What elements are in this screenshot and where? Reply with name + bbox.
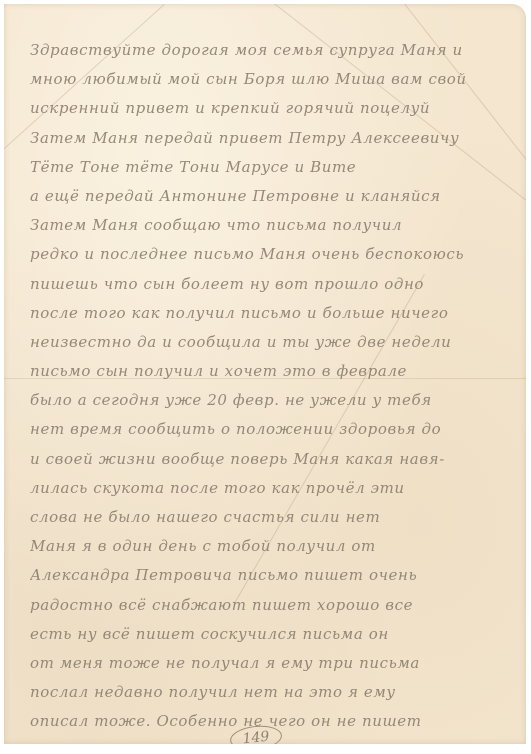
- text-line: Маня я в один день с тобой получил от: [30, 532, 510, 561]
- text-line: послал недавно получил нет на это я ему: [30, 678, 510, 707]
- text-line: Затем Маня передай привет Петру Алексеев…: [30, 124, 510, 153]
- text-line: лилась скукота после того как прочёл эти: [30, 474, 510, 503]
- text-line: радостно всё снабжают пишет хорошо все: [30, 591, 510, 620]
- text-line: и своей жизни вообще поверь Маня какая н…: [30, 445, 510, 474]
- text-line: Здравствуйте дорогая моя семья супруга М…: [30, 36, 510, 65]
- letter-page: Здравствуйте дорогая моя семья супруга М…: [4, 4, 526, 744]
- text-line: неизвестно да и сообщила и ты уже две не…: [30, 328, 510, 357]
- text-line: мною любимый мой сын Боря шлю Миша вам с…: [30, 65, 510, 94]
- text-line: есть ну всё пишет соскучился письма он: [30, 620, 510, 649]
- text-line: слова не было нашего счастья сили нет: [30, 503, 510, 532]
- text-line: пишешь что сын болеет ну вот прошло одно: [30, 270, 510, 299]
- text-line: от меня тоже не получал я ему три письма: [30, 649, 510, 678]
- text-line: Тёте Тоне тёте Тони Марусе и Вите: [30, 153, 510, 182]
- text-line: искренний привет и крепкий горячий поцел…: [30, 94, 510, 123]
- handwritten-text: Здравствуйте дорогая моя семья супруга М…: [30, 36, 510, 737]
- text-line: Затем Маня сообщаю что письма получил: [30, 211, 510, 240]
- text-line: редко и последнее письмо Маня очень бесп…: [30, 240, 510, 269]
- text-line: письмо сын получил и хочет это в феврале: [30, 357, 510, 386]
- text-line: нет время сообщить о положении здоровья …: [30, 415, 510, 444]
- text-line: было а сегодня уже 20 февр. не ужели у т…: [30, 386, 510, 415]
- text-line: а ещё передай Антонине Петровне и кланяй…: [30, 182, 510, 211]
- text-line: после того как получил письмо и больше н…: [30, 299, 510, 328]
- text-line: Александра Петровича письмо пишет очень: [30, 561, 510, 590]
